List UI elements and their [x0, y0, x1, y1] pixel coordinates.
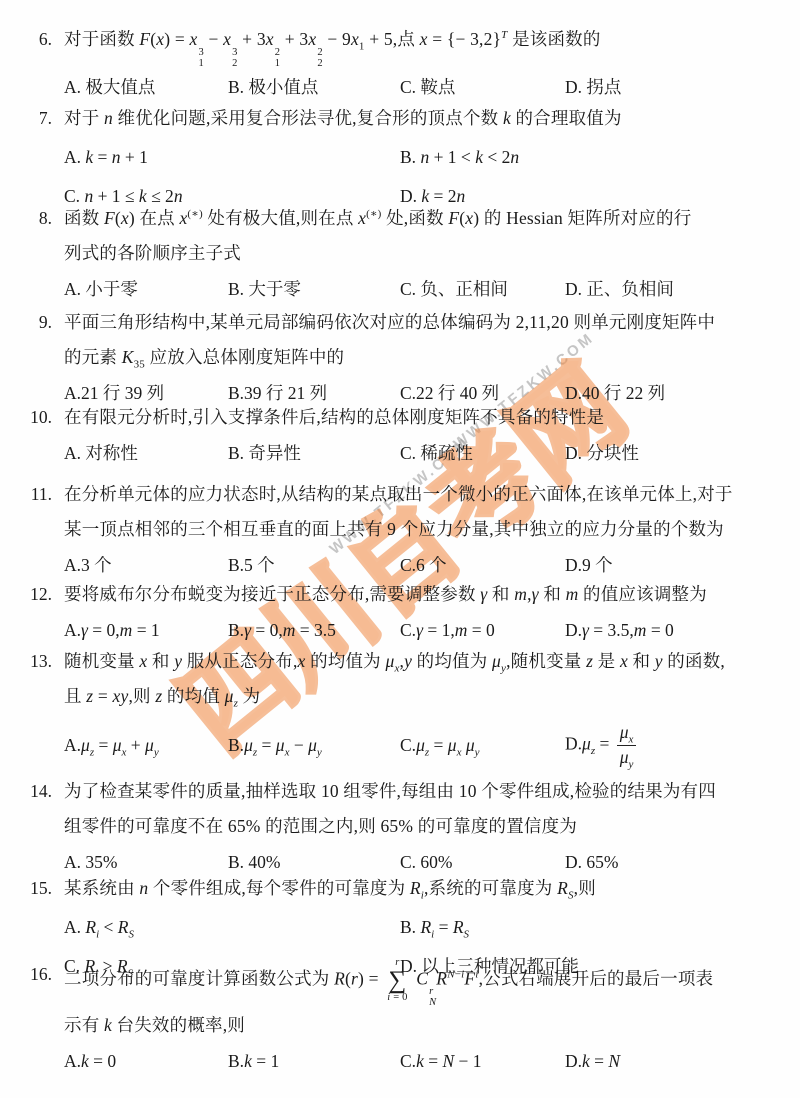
question-number: 9. [0, 305, 52, 340]
question-12: 12. 要将威布尔分布蜕变为接近于正态分布,需要调整参数 γ 和 m,γ 和 m… [0, 577, 786, 648]
option-a: A.μz = μx + μy [64, 728, 228, 763]
option-c: C.μz = μx μy [400, 728, 565, 763]
option-d: D.γ = 3.5,m = 0 [565, 613, 786, 648]
option-c: C. 稀疏性 [400, 436, 565, 471]
question-text: 的元素 K35 应放入总体刚度矩阵中的 [64, 340, 786, 375]
question-text: 平面三角形结构中,某单元局部编码依次对应的总体编码为 2,11,20 则单元刚度… [64, 305, 786, 340]
question-text: 要将威布尔分布蜕变为接近于正态分布,需要调整参数 γ 和 m,γ 和 m 的值应… [64, 577, 786, 612]
option-b: B.μz = μx − μy [228, 728, 400, 763]
question-text: 示有 k 台失效的概率,则 [64, 1008, 786, 1043]
question-number: 15. [0, 871, 52, 906]
option-c: C. 鞍点 [400, 70, 565, 105]
question-number: 16. [0, 957, 52, 992]
options-row: A. 极大值点 B. 极小值点 C. 鞍点 D. 拐点 [64, 70, 786, 105]
options-row: A. k = n + 1 B. n + 1 < k < 2n [64, 140, 786, 175]
question-text: 某系统由 n 个零件组成,每个零件的可靠度为 Ri,系统的可靠度为 RS,则 [64, 871, 786, 906]
options-row: A.γ = 0,m = 1 B.γ = 0,m = 3.5 C.γ = 1,m … [64, 613, 786, 648]
options-row: A.μz = μx + μy B.μz = μx − μy C.μz = μx … [64, 722, 786, 769]
option-a: A.γ = 0,m = 1 [64, 613, 228, 648]
options-row: A. Ri < RS B. Ri = RS [64, 910, 786, 945]
options-row: A. 小于零 B. 大于零 C. 负、正相间 D. 正、负相间 [64, 272, 786, 307]
question-text: 为了检查某零件的质量,抽样选取 10 组零件,每组由 10 个零件组成,检验的结… [64, 774, 786, 809]
question-text: 组零件的可靠度不在 65% 的范围之内,则 65% 的可靠度的置信度为 [64, 809, 786, 844]
question-10: 10. 在有限元分析时,引入支撑条件后,结构的总体刚度矩阵不具备的特性是 A. … [0, 400, 786, 471]
question-number: 13. [0, 644, 52, 679]
question-8: 8. 函数 F(x) 在点 x(∗) 处有极大值,则在点 x(∗) 处,函数 F… [0, 201, 786, 307]
question-number: 12. [0, 577, 52, 612]
options-row: A.k = 0 B.k = 1 C.k = N − 1 D.k = N [64, 1044, 786, 1079]
option-d: D.k = N [565, 1044, 786, 1079]
question-number: 10. [0, 400, 52, 435]
question-text: 对于函数 F(x) = x31 − x32 + 3x21 + 3x22 − 9x… [64, 22, 786, 69]
question-number: 14. [0, 774, 52, 809]
option-b: B. 极小值点 [228, 70, 400, 105]
question-13: 13. 随机变量 x 和 y 服从正态分布,x 的均值为 μx,y 的均值为 μ… [0, 644, 786, 769]
question-text: 在分析单元体的应力状态时,从结构的某点取出一个微小的正六面体,在该单元体上,对于 [64, 477, 786, 512]
option-b: B.k = 1 [228, 1044, 400, 1079]
options-row: A. 对称性 B. 奇异性 C. 稀疏性 D. 分块性 [64, 436, 786, 471]
question-14: 14. 为了检查某零件的质量,抽样选取 10 组零件,每组由 10 个零件组成,… [0, 774, 786, 880]
option-b: B. Ri = RS [400, 910, 786, 945]
option-a: A. 极大值点 [64, 70, 228, 105]
option-d: D.μz = μxμy [565, 722, 786, 769]
question-9: 9. 平面三角形结构中,某单元局部编码依次对应的总体编码为 2,11,20 则单… [0, 305, 786, 411]
option-c: C. 负、正相间 [400, 272, 565, 307]
question-text: 随机变量 x 和 y 服从正态分布,x 的均值为 μx,y 的均值为 μy,随机… [64, 644, 786, 679]
question-number: 8. [0, 201, 52, 236]
option-a: A. 小于零 [64, 272, 228, 307]
option-d: D. 正、负相间 [565, 272, 786, 307]
option-d: D. 拐点 [565, 70, 786, 105]
option-b: B. n + 1 < k < 2n [400, 140, 786, 175]
question-number: 6. [0, 22, 52, 57]
option-a: A. k = n + 1 [64, 140, 400, 175]
question-text: 某一顶点相邻的三个相互垂直的面上共有 9 个应力分量,其中独立的应力分量的个数为 [64, 512, 786, 547]
question-text: 且 z = xy,则 z 的均值 μz 为 [64, 679, 786, 714]
question-7: 7. 对于 n 维优化问题,采用复合形法寻优,复合形的顶点个数 k 的合理取值为… [0, 101, 786, 214]
question-16: 16. 二项分布的可靠度计算函数公式为 R(r) = r∑i = 0 CrNRN… [0, 957, 786, 1079]
question-6: 6. 对于函数 F(x) = x31 − x32 + 3x21 + 3x22 −… [0, 22, 786, 105]
question-number: 11. [0, 477, 52, 512]
option-c: C.k = N − 1 [400, 1044, 565, 1079]
question-text: 列式的各阶顺序主子式 [64, 236, 786, 271]
option-a: A. 对称性 [64, 436, 228, 471]
option-d: D. 分块性 [565, 436, 786, 471]
question-text: 在有限元分析时,引入支撑条件后,结构的总体刚度矩阵不具备的特性是 [64, 400, 786, 435]
option-b: B. 奇异性 [228, 436, 400, 471]
exam-page: 6. 对于函数 F(x) = x31 − x32 + 3x21 + 3x22 −… [0, 0, 800, 1098]
option-a: A.k = 0 [64, 1044, 228, 1079]
question-text: 函数 F(x) 在点 x(∗) 处有极大值,则在点 x(∗) 处,函数 F(x)… [64, 201, 786, 236]
question-text: 二项分布的可靠度计算函数公式为 R(r) = r∑i = 0 CrNRN−iFi… [64, 957, 786, 1008]
option-c: C.γ = 1,m = 0 [400, 613, 565, 648]
option-a: A. Ri < RS [64, 910, 400, 945]
option-b: B. 大于零 [228, 272, 400, 307]
question-text: 对于 n 维优化问题,采用复合形法寻优,复合形的顶点个数 k 的合理取值为 [64, 101, 786, 136]
question-11: 11. 在分析单元体的应力状态时,从结构的某点取出一个微小的正六面体,在该单元体… [0, 477, 786, 583]
option-b: B.γ = 0,m = 3.5 [228, 613, 400, 648]
question-number: 7. [0, 101, 52, 136]
